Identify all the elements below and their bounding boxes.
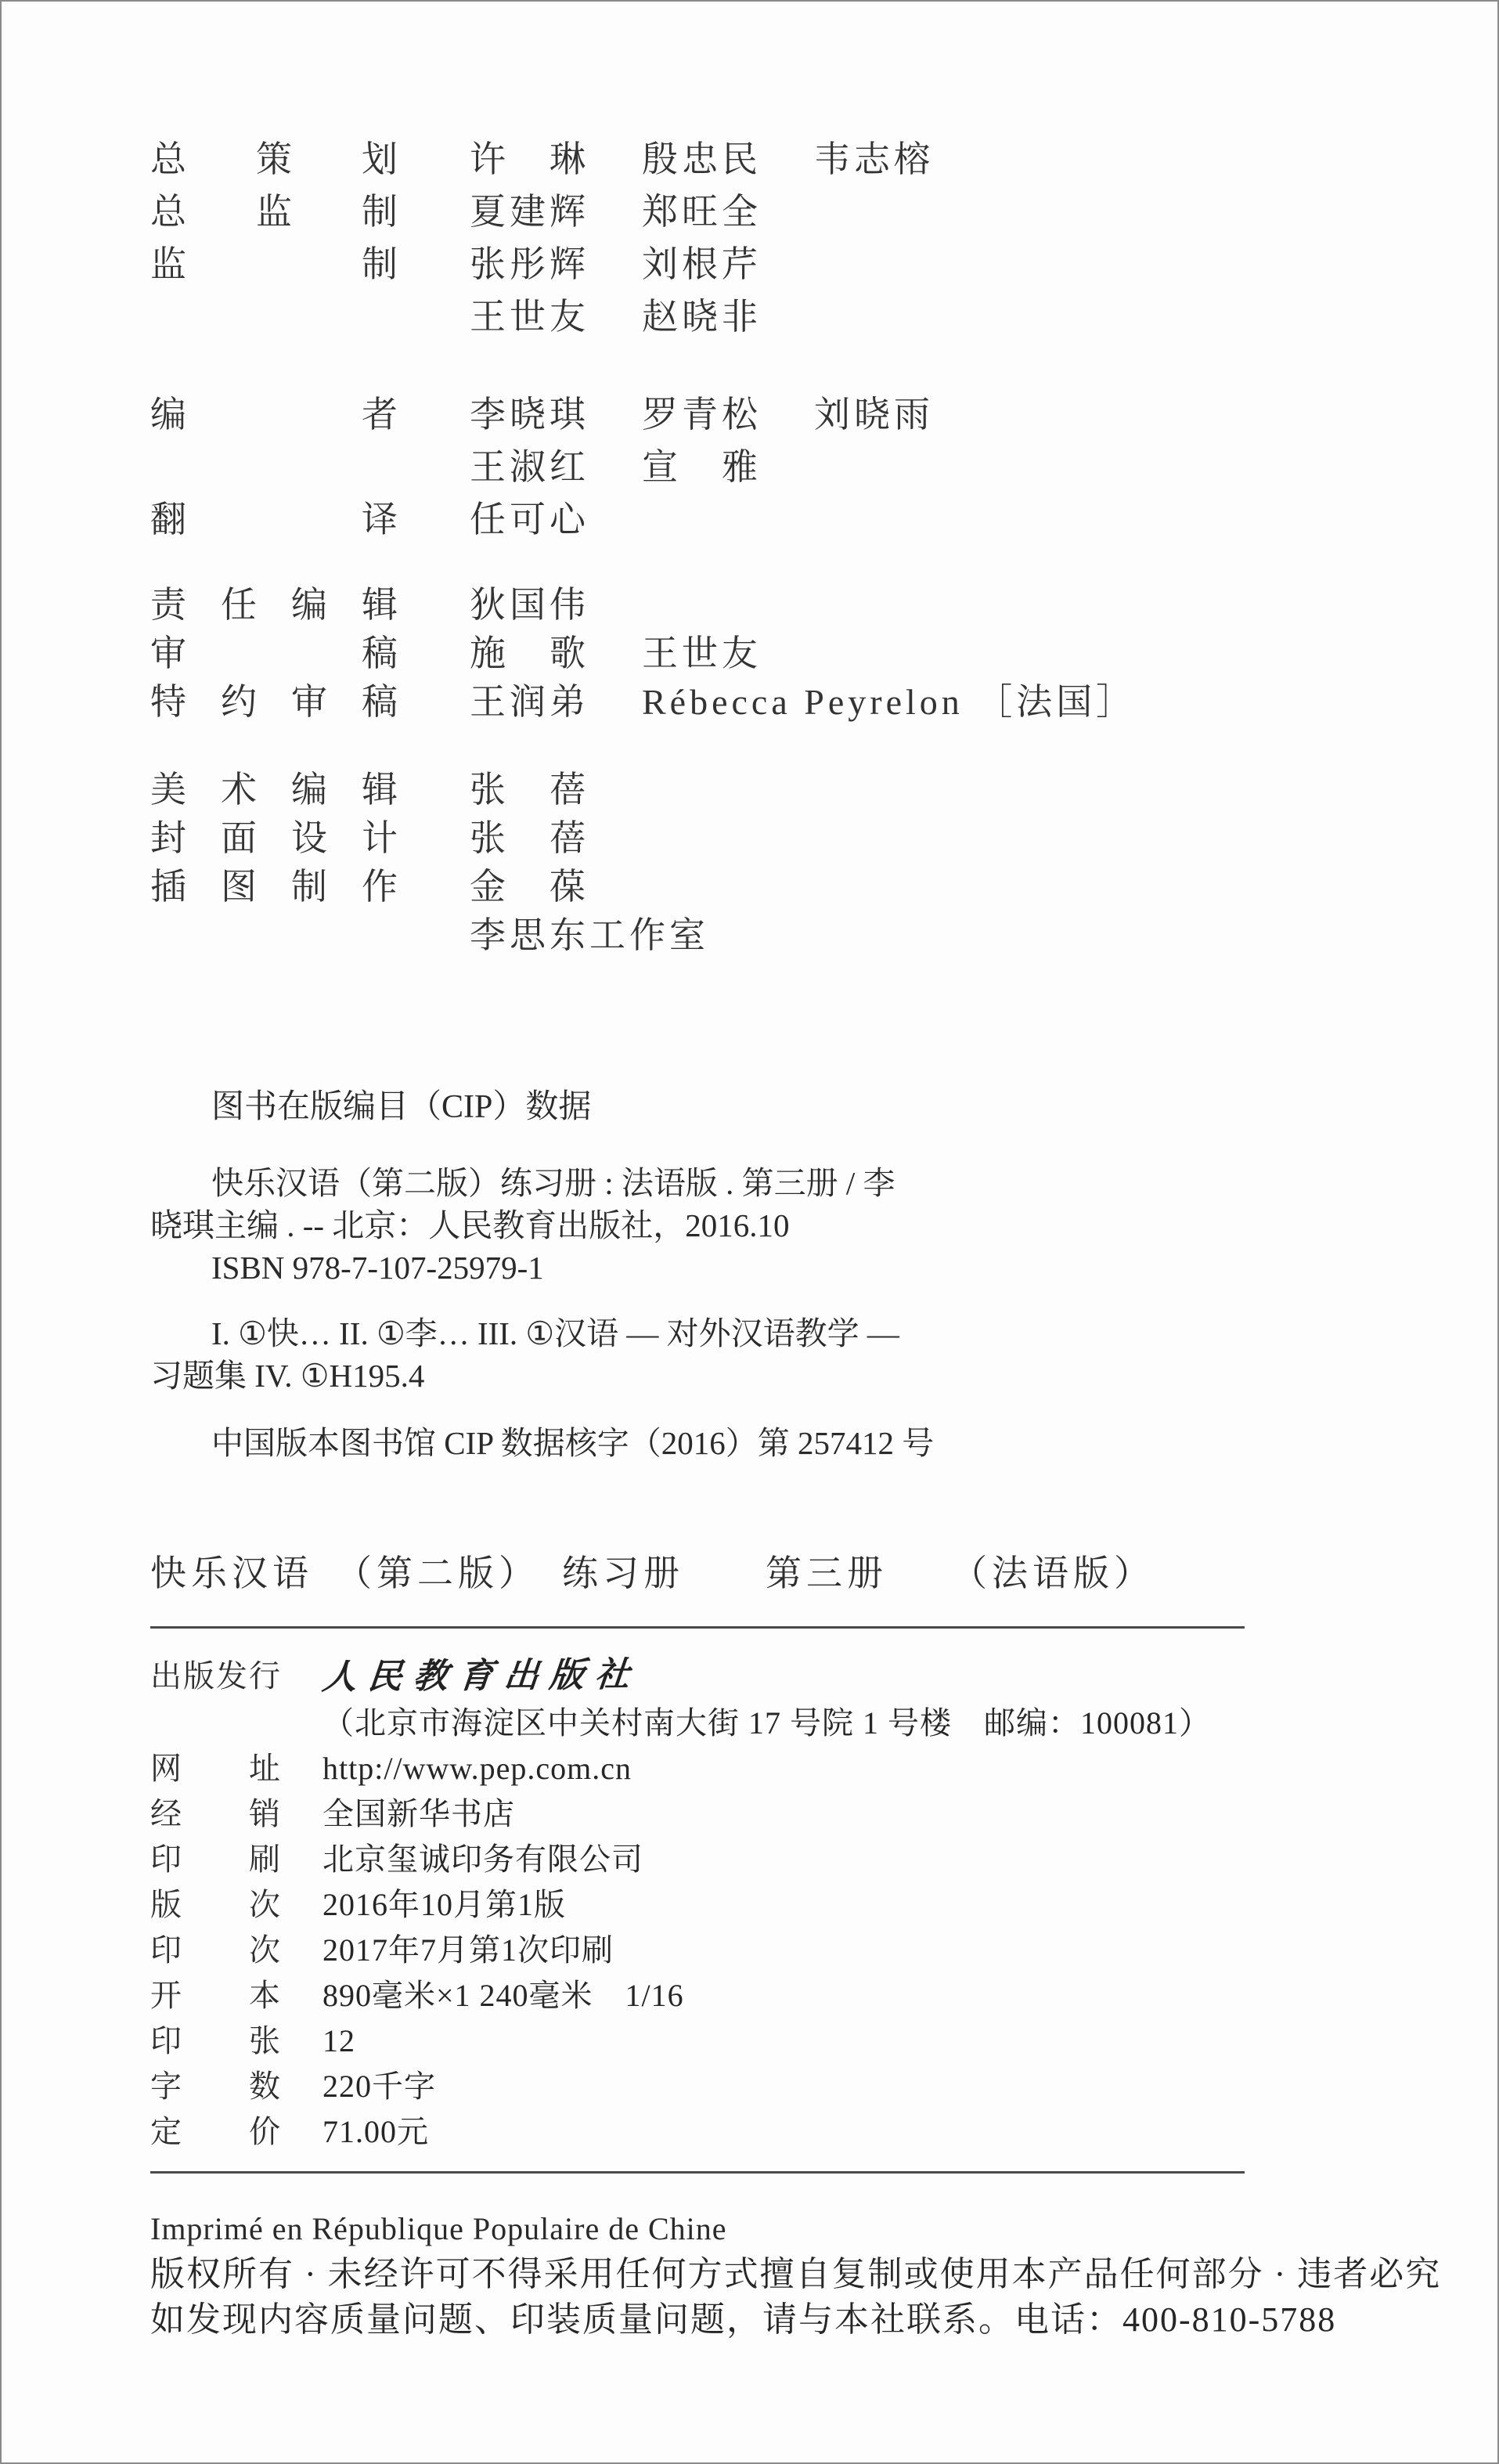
copyright-line: 版权所有 · 未经许可不得采用任何方式擅自复制或使用本产品任何部分 · 违者必究 [150, 2252, 1497, 2297]
publisher-field-value: 890毫米×1 240毫米 1/16 [323, 1978, 684, 2013]
credit-role-label: 总监制 [150, 186, 398, 238]
person-name: 韦志榕 [814, 133, 986, 186]
copyright-page: 总策划许 琳殷忠民韦志榕 总监制夏建辉郑旺全 监制张彤辉刘根芹 王世友赵晓非 编… [0, 0, 1499, 2464]
person-name: 许 琳 [470, 133, 642, 186]
credit-role-label: 编者 [150, 388, 398, 441]
credit-row: 总监制夏建辉郑旺全 [150, 186, 1497, 238]
publisher-field-label: 版次 [150, 1882, 280, 1928]
publisher-row: （北京市海淀区中关村南大街 17 号院 1 号楼 邮编：100081） [150, 1701, 1497, 1746]
divider-rule-top [150, 1626, 1245, 1629]
person-name: 殷忠民 [642, 133, 814, 186]
credit-role-label: 插图制作 [150, 863, 398, 911]
credit-row: 翻译任可心 [150, 493, 1497, 546]
credit-row: 监制张彤辉刘根芹 [150, 238, 1497, 290]
credit-row: 审稿施 歌王世友 [150, 630, 1497, 678]
person-name: 王淑红 [470, 441, 642, 493]
publisher-field-value: 12 [323, 2023, 355, 2058]
credit-row: 插图制作金 葆 [150, 863, 1497, 911]
publisher-field-label: 经销 [150, 1791, 280, 1837]
person-name: 张 蓓 [470, 814, 642, 863]
credit-row: 王世友赵晓非 [150, 290, 1497, 343]
credit-row: 特约审稿王润弟Rébecca Peyrelon ［法国］ [150, 678, 1497, 727]
person-name: 宣 雅 [642, 441, 814, 493]
credit-row: 总策划许 琳殷忠民韦志榕 [150, 133, 1497, 186]
credit-role-label: 监制 [150, 238, 398, 290]
credit-row: 美术编辑张 蓓 [150, 766, 1497, 814]
credit-role-label: 美术编辑 [150, 766, 398, 814]
credit-row: 王淑红宣 雅 [150, 441, 1497, 493]
cip-record-number: 中国版本图书馆 CIP 数据核字（2016）第 257412 号 [211, 1422, 1497, 1464]
credits-section-editors: 责任编辑狄国伟 审稿施 歌王世友 特约审稿王润弟Rébecca Peyrelon… [150, 581, 1497, 727]
person-name: 夏建辉 [470, 186, 642, 238]
cip-isbn: ISBN 978-7-107-25979-1 [211, 1246, 1497, 1289]
publisher-row: 开本890毫米×1 240毫米 1/16 [150, 1973, 1497, 2018]
publisher-row: 字数220千字 [150, 2064, 1497, 2109]
person-name: 狄国伟 [470, 581, 642, 630]
publisher-field-label: 印次 [150, 1928, 280, 1973]
imprime-line: Imprimé en République Populaire de Chine [150, 2206, 1497, 2252]
person-name: 金 葆 [470, 863, 642, 911]
cip-title-line: 快乐汉语（第二版）练习册 : 法语版 . 第三册 / 李 [211, 1162, 1497, 1204]
publisher-field-value: 全国新华书店 [323, 1796, 515, 1831]
publisher-row: 定价71.00元 [150, 2109, 1497, 2155]
person-name: 王世友 [642, 630, 814, 678]
contact-line: 如发现内容质量问题、印装质量问题，请与本社联系。电话：400-810-5788 [150, 2297, 1497, 2343]
person-name: 郑旺全 [642, 186, 814, 238]
publisher-row: 印次2017年7月第1次印刷 [150, 1928, 1497, 1973]
person-name: 王世友 [470, 290, 642, 343]
publisher-field-label: 网址 [150, 1746, 280, 1791]
publisher-field-value: 220千字 [323, 2069, 436, 2104]
credit-role-label: 责任编辑 [150, 581, 398, 630]
cip-block: 图书在版编目（CIP）数据 快乐汉语（第二版）练习册 : 法语版 . 第三册 /… [150, 1084, 1497, 1464]
credit-row: 李思东工作室 [150, 911, 1497, 960]
cip-classification-line: I. ①快… II. ①李… III. ①汉语 — 对外汉语教学 — [211, 1312, 1497, 1355]
publisher-table: 出版发行人民教育出版社 （北京市海淀区中关村南大街 17 号院 1 号楼 邮编：… [150, 1652, 1497, 2155]
publisher-address: （北京市海淀区中关村南大街 17 号院 1 号楼 邮编：100081） [323, 1705, 1211, 1741]
credits-section-production: 总策划许 琳殷忠民韦志榕 总监制夏建辉郑旺全 监制张彤辉刘根芹 王世友赵晓非 [150, 133, 1497, 343]
publisher-website: http://www.pep.com.cn [323, 1751, 632, 1786]
book-title-line: 快乐汉语 （第二版） 练习册 第三册 （法语版） [150, 1552, 1497, 1596]
credits-section-design: 美术编辑张 蓓 封面设计张 蓓 插图制作金 葆 李思东工作室 [150, 766, 1497, 960]
publisher-field-label: 出版发行 [150, 1652, 280, 1701]
publisher-field-label: 印张 [150, 2018, 280, 2064]
person-name: 王润弟 [470, 678, 642, 727]
credit-role-label: 特约审稿 [150, 678, 398, 727]
publisher-row: 网址http://www.pep.com.cn [150, 1746, 1497, 1791]
person-name: 刘根芹 [642, 238, 814, 290]
footer-block: Imprimé en République Populaire de Chine… [150, 2206, 1497, 2343]
publisher-field-label: 开本 [150, 1973, 280, 2018]
publisher-field-label: 字数 [150, 2064, 280, 2109]
publisher-row: 印刷北京玺诚印务有限公司 [150, 1837, 1497, 1882]
credit-role-label: 封面设计 [150, 814, 398, 863]
person-name: 李晓琪 [470, 388, 642, 441]
credit-row: 责任编辑狄国伟 [150, 581, 1497, 630]
publisher-field-label: 定价 [150, 2109, 280, 2155]
person-name: 任可心 [470, 493, 642, 546]
cip-title-line-cont: 晓琪主编 . -- 北京：人民教育出版社，2016.10 [150, 1204, 1497, 1246]
publisher-row: 版次2016年10月第1版 [150, 1882, 1497, 1928]
person-name: 张 蓓 [470, 766, 642, 814]
publisher-row: 出版发行人民教育出版社 [150, 1652, 1497, 1701]
person-name: 赵晓非 [642, 290, 814, 343]
person-name: 张彤辉 [470, 238, 642, 290]
person-name: Rébecca Peyrelon ［法国］ [642, 678, 814, 727]
publisher-field-value: 2016年10月第1版 [323, 1887, 566, 1922]
credits-section-authors: 编者李晓琪罗青松刘晓雨 王淑红宣 雅 翻译任可心 [150, 388, 1497, 546]
cip-heading: 图书在版编目（CIP）数据 [211, 1084, 1497, 1131]
divider-rule-bottom [150, 2171, 1245, 2174]
credit-role-label: 审稿 [150, 630, 398, 678]
person-name: 罗青松 [642, 388, 814, 441]
credit-row: 封面设计张 蓓 [150, 814, 1497, 863]
person-name: 施 歌 [470, 630, 642, 678]
publisher-field-label: 印刷 [150, 1837, 280, 1882]
publisher-row: 经销全国新华书店 [150, 1791, 1497, 1837]
person-name: 刘晓雨 [814, 388, 986, 441]
cip-classification-cont: 习题集 IV. ①H195.4 [150, 1355, 1497, 1397]
publisher-field-value: 北京玺诚印务有限公司 [323, 1842, 643, 1877]
person-name: 李思东工作室 [470, 911, 642, 960]
credit-row: 编者李晓琪罗青松刘晓雨 [150, 388, 1497, 441]
publisher-field-value: 71.00元 [323, 2114, 429, 2149]
credit-role-label: 翻译 [150, 493, 398, 546]
publisher-field-value: 2017年7月第1次印刷 [323, 1932, 614, 1968]
credit-role-label: 总策划 [150, 133, 398, 186]
pep-logo-script: 人民教育出版社 [320, 1650, 643, 1702]
publisher-row: 印张12 [150, 2018, 1497, 2064]
